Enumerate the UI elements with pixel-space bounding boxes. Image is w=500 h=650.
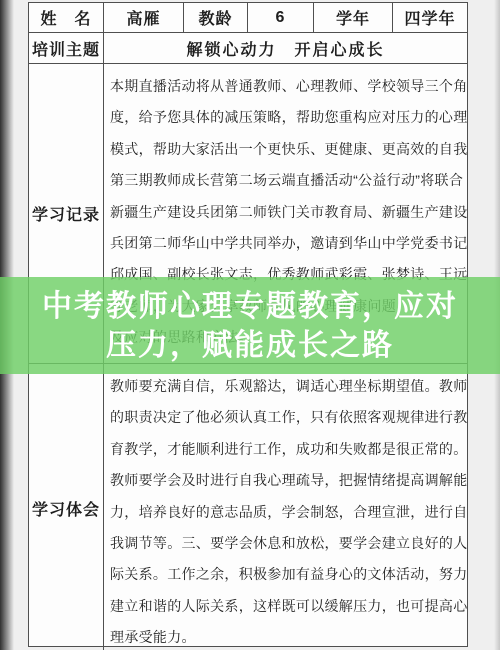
- name-label: 姓 名: [29, 3, 104, 33]
- text-line: 第三期教师成长营第二场云端直播活动“公益行动”将联合: [110, 165, 462, 196]
- text-line: 教师要充满自信，乐观豁达，调适心理坐标期望值。教师: [110, 371, 462, 402]
- title-banner-overlay: 中考教师心理专题教育，应对 压力，赋能成长之路: [0, 277, 500, 374]
- text-line: 的职责决定了他必须认真工作，只有依照客观规律进行教: [110, 402, 462, 433]
- teaching-age-value: 6: [248, 3, 314, 33]
- banner-title-line1: 中考教师心理专题教育，应对: [42, 287, 458, 326]
- experience-row: 学习体会 教师要充满自信，乐观豁达，调适心理坐标期望值。教师的职责决定了他必须认…: [29, 364, 467, 650]
- header-row: 姓 名 高雁 教龄 6 学年 四学年: [29, 3, 467, 33]
- text-line: 我调节等。三、要学会休息和放松，要学会建立良好的人: [110, 528, 462, 559]
- experience-content: 教师要充满自信，乐观豁达，调适心理坐标期望值。教师的职责决定了他必须认真工作，只…: [104, 364, 467, 650]
- text-line: 度，给予您具体的减压策略，帮助您重构应对压力的心理: [110, 102, 462, 133]
- text-line: 育教学，才能顺利进行工作，成功和失败都是很正常的。: [110, 434, 462, 465]
- topic-label: 培训主题: [29, 33, 104, 64]
- teaching-age-label: 教龄: [184, 3, 248, 33]
- grade-label: 学年: [314, 3, 393, 33]
- text-line: 际关系。工作之余，积极参加有益身心的文体活动，努力: [110, 559, 462, 590]
- text-line: 力，培养良好的意志品质，学会制怒，合理宣泄，进行自: [110, 497, 462, 528]
- name-value: 高雁: [104, 3, 184, 33]
- text-line: 新疆生产建设兵团第二师铁门关市教育局、新疆生产建设: [110, 197, 462, 228]
- banner-title-line2: 压力，赋能成长之路: [106, 326, 394, 365]
- topic-row: 培训主题 解锁心动力 开启心成长: [29, 33, 467, 64]
- topic-value: 解锁心动力 开启心成长: [104, 33, 467, 64]
- training-record-page: { "colors": { "banner_overlay": "#6fcb64…: [0, 0, 500, 650]
- text-line: 理承受能力。: [110, 622, 462, 650]
- text-line: 本期直播活动将从普通教师、心理教师、学校领导三个角: [110, 71, 462, 102]
- text-line: 模式，帮助大家活出一个更快乐、更健康、更高效的自我。: [110, 134, 462, 165]
- text-line: 教师要学会及时进行自我心理疏导，把握情绪提高调解能: [110, 465, 462, 496]
- experience-label: 学习体会: [29, 364, 104, 650]
- text-line: 兵团第二师华山中学共同举办，邀请到华山中学党委书记: [110, 228, 462, 259]
- text-line: 建立和谐的人际关系，这样既可以缓解压力，也可提高心: [110, 591, 462, 622]
- grade-value: 四学年: [393, 3, 467, 33]
